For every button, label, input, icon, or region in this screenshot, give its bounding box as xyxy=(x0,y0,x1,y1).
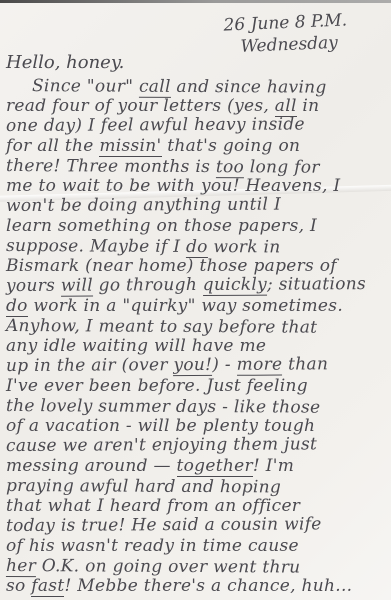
underlined-word: missin' xyxy=(99,136,161,157)
underlined-word: her xyxy=(6,556,36,577)
body-line: learn something on those papers, I xyxy=(6,216,389,236)
body-line: cause we aren't enjoying them just xyxy=(6,434,389,456)
body-line: one day) I feel awful heavy inside xyxy=(6,114,389,136)
body-line: today is true! He said a cousin wife xyxy=(6,514,389,536)
body-line: that what I heard from an officer xyxy=(6,496,389,516)
body-line: yours will go through quickly; situation… xyxy=(6,274,389,296)
underlined-word: fast xyxy=(31,576,64,597)
body-line: up in the air (over you!) - more than xyxy=(6,354,389,376)
body-line: do work in a "quirky" way sometimes. xyxy=(6,296,389,316)
underlined-word: do xyxy=(186,237,208,258)
body-line: there! Three months is too long for xyxy=(6,156,389,178)
underlined-word: will xyxy=(61,276,93,297)
body-line: Since "our" call and since having xyxy=(6,76,389,98)
body-line: of a vacation - will be plenty tough xyxy=(6,416,389,436)
body-line: so fast! Mebbe there's a chance, huh... xyxy=(6,576,389,596)
scan-edge xyxy=(0,0,391,3)
body-line: the lovely summer days - like those xyxy=(6,396,389,418)
underlined-word: call xyxy=(139,77,171,98)
underlined-word: you! xyxy=(173,355,212,376)
greeting-line: Hello, honey. xyxy=(6,52,124,73)
body-line: read four of your letters (yes, all in xyxy=(6,96,389,116)
body-line: Bismark (near home) those papers of xyxy=(6,256,389,276)
body-lines: Since "our" call and since havingread fo… xyxy=(6,76,389,596)
date-block: 26 June 8 P.M. Wednesday xyxy=(223,9,348,58)
underlined-word: do xyxy=(6,296,28,317)
body-line: praying awful hard and hoping xyxy=(6,476,389,498)
letter-paper: 26 June 8 P.M. Wednesday Hello, honey. S… xyxy=(0,0,391,600)
underlined-word: too xyxy=(216,157,244,178)
body-line: of his wasn't ready in time cause xyxy=(6,536,389,556)
underlined-word: more xyxy=(237,355,283,376)
underlined-word: quickly xyxy=(203,275,267,296)
body-line: I've ever been before. Just feeling xyxy=(6,376,389,396)
body-line: for all the missin' that's going on xyxy=(6,136,389,156)
underlined-word: together xyxy=(177,456,253,477)
body-line: her O.K. on going over went thru xyxy=(6,556,389,578)
body-line: me to wait to be with you! Heavens, I xyxy=(6,176,389,196)
body-line: any idle waiting will have me xyxy=(6,336,389,356)
body-line: Anyhow, I meant to say before that xyxy=(6,316,389,338)
body-line: suppose. Maybe if I do work in xyxy=(6,236,389,258)
body-line: messing around — together! I'm xyxy=(6,456,389,476)
day-line: Wednesday xyxy=(240,31,348,57)
body-line: won't be doing anything until I xyxy=(6,194,389,216)
